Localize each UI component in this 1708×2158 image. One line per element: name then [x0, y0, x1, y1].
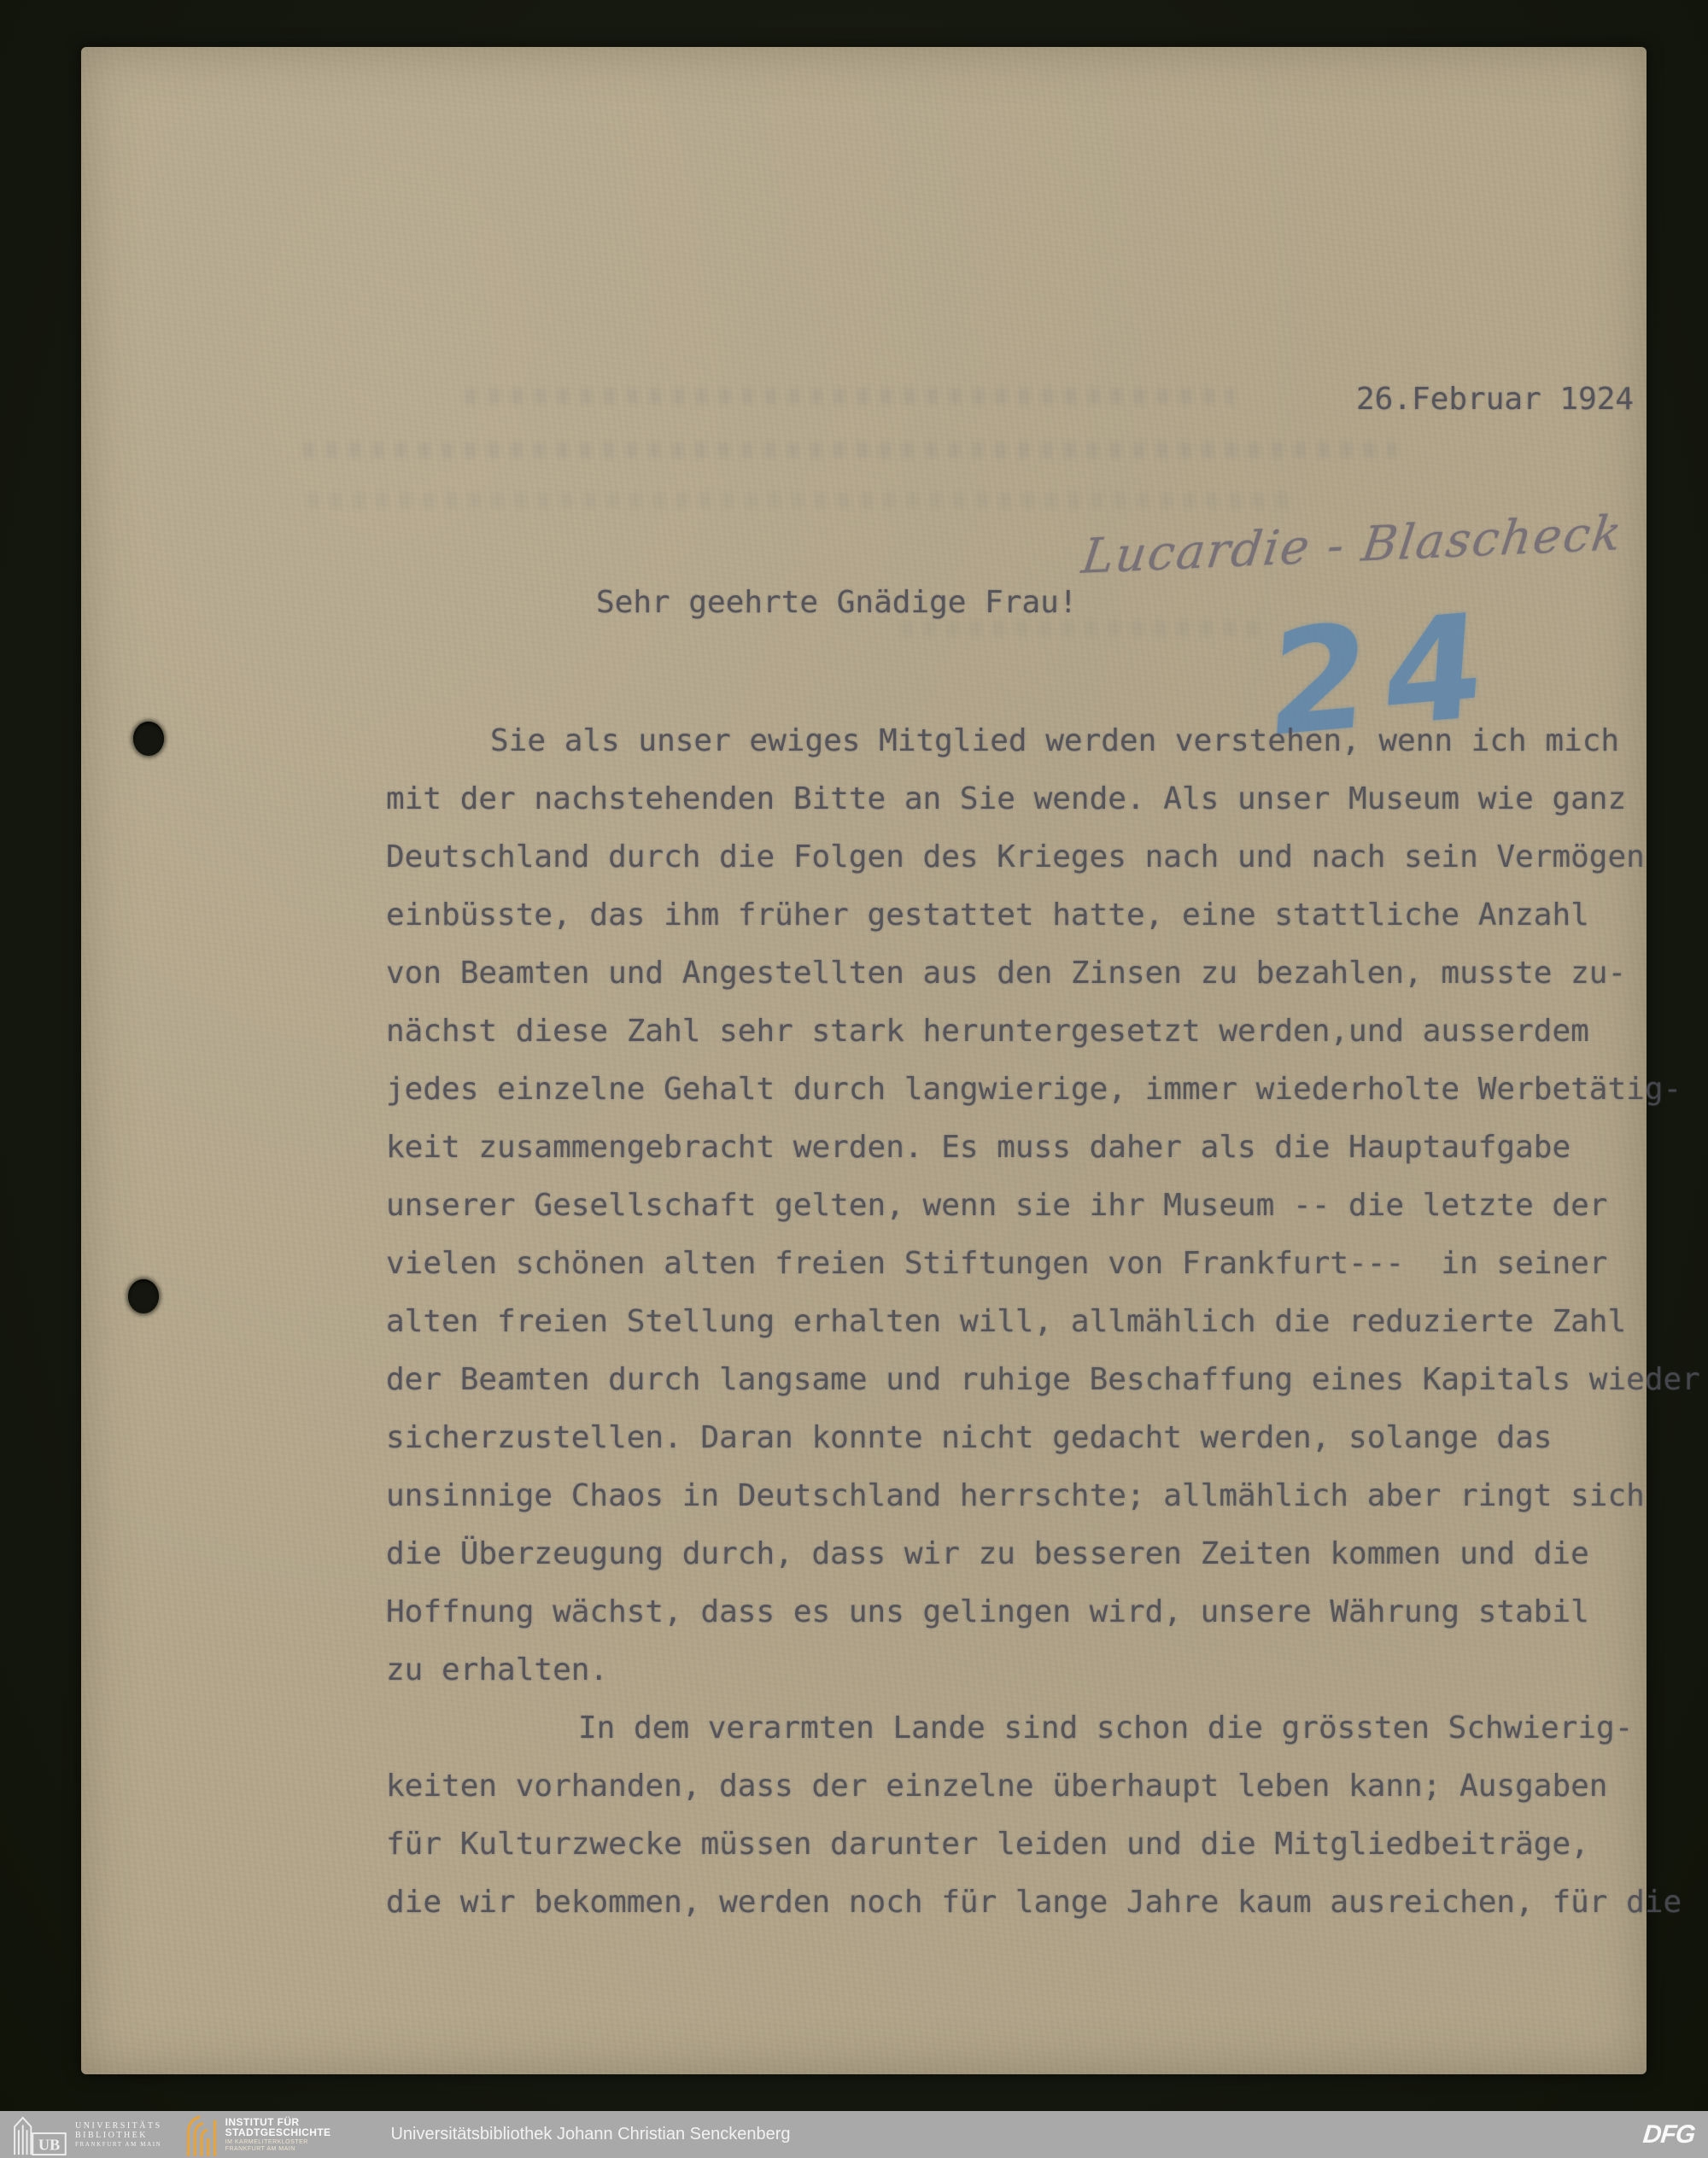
- letter-line: die Überzeugung durch, dass wir zu besse…: [386, 1525, 1708, 1583]
- letter-salutation: Sehr geehrte Gnädige Frau!: [596, 585, 1078, 620]
- letter-line: einbüsste, das ihm früher gestattet hatt…: [386, 886, 1708, 944]
- ub-logo-label: UB: [38, 2136, 60, 2153]
- letter-line: nächst diese Zahl sehr stark herunterges…: [386, 1003, 1708, 1061]
- letter-line: unsinnige Chaos in Deutschland herrschte…: [386, 1467, 1708, 1525]
- bleed-through-smudge: [465, 389, 1234, 404]
- letter-line: von Beamten und Angestellten aus den Zin…: [386, 944, 1708, 1003]
- letter-line: für Kulturzwecke müssen darunter leiden …: [386, 1816, 1708, 1874]
- institut-stadtgeschichte-name: INSTITUT FÜR STADTGESCHICHTE IM KARMELIT…: [225, 2117, 331, 2153]
- bleed-through-smudge: [307, 493, 1290, 508]
- letter-line: mit der nachstehenden Bitte an Sie wende…: [386, 770, 1708, 828]
- letter-line: alten freien Stellung erhalten will, all…: [386, 1293, 1708, 1351]
- letter-line: vielen schönen alten freien Stiftungen v…: [386, 1235, 1708, 1293]
- letter-line: sicherzustellen. Daran konnte nicht geda…: [386, 1409, 1708, 1467]
- isg-line: IM KARMELITERKLOSTER: [225, 2139, 331, 2145]
- ub-line: FRANKFURT AM MAIN: [75, 2141, 162, 2148]
- handwritten-name-annotation: Lucardie - Blascheck: [1079, 506, 1626, 585]
- punch-hole: [128, 1279, 159, 1313]
- institut-stadtgeschichte-arches-icon: [184, 2114, 219, 2156]
- footer-bar: UB UNIVERSITÄTS BIBLIOTHEK FRANKFURT AM …: [0, 2111, 1708, 2158]
- ub-line: BIBLIOTHEK: [75, 2131, 162, 2141]
- letter-date: 26.Februar 1924: [1356, 382, 1634, 417]
- letter-line: Hoffnung wächst, dass es uns gelingen wi…: [386, 1583, 1708, 1641]
- letter-line: der Beamten durch langsame und ruhige Be…: [386, 1351, 1708, 1409]
- letter-line: die wir bekommen, werden noch für lange …: [386, 1874, 1708, 1932]
- dfg-logo: DFG: [1641, 2120, 1696, 2149]
- letter-line: In dem verarmten Lande sind schon die gr…: [386, 1699, 1708, 1757]
- letter-line: keiten vorhanden, dass der einzelne über…: [386, 1757, 1708, 1816]
- letter-page: 26.Februar 1924 Sehr geehrte Gnädige Fra…: [81, 47, 1647, 2074]
- letter-line: Sie als unser ewiges Mitglied werden ver…: [386, 712, 1708, 770]
- letter-body: Sie als unser ewiges Mitglied werden ver…: [386, 712, 1708, 1932]
- letter-line: keit zusammengebracht werden. Es muss da…: [386, 1119, 1708, 1177]
- digitization-credit: Universitätsbibliothek Johann Christian …: [390, 2125, 790, 2144]
- institut-stadtgeschichte-logo: INSTITUT FÜR STADTGESCHICHTE IM KARMELIT…: [184, 2114, 331, 2156]
- letter-line: jedes einzelne Gehalt durch langwierige,…: [386, 1061, 1708, 1119]
- letter-line: Deutschland durch die Folgen des Krieges…: [386, 828, 1708, 886]
- ub-library-icon: UB: [7, 2114, 70, 2156]
- punch-hole: [133, 722, 164, 756]
- ub-line: UNIVERSITÄTS: [75, 2121, 162, 2132]
- isg-line: FRANKFURT AM MAIN: [225, 2146, 331, 2152]
- letter-line: zu erhalten.: [386, 1641, 1708, 1699]
- bleed-through-smudge: [303, 442, 1396, 458]
- ub-library-logo: UB: [7, 2114, 70, 2156]
- bleed-through-smudge: [901, 621, 1268, 636]
- letter-line: unserer Gesellschaft gelten, wenn sie ih…: [386, 1177, 1708, 1235]
- ub-library-name: UNIVERSITÄTS BIBLIOTHEK FRANKFURT AM MAI…: [75, 2121, 162, 2148]
- isg-line: STADTGESCHICHTE: [225, 2127, 331, 2138]
